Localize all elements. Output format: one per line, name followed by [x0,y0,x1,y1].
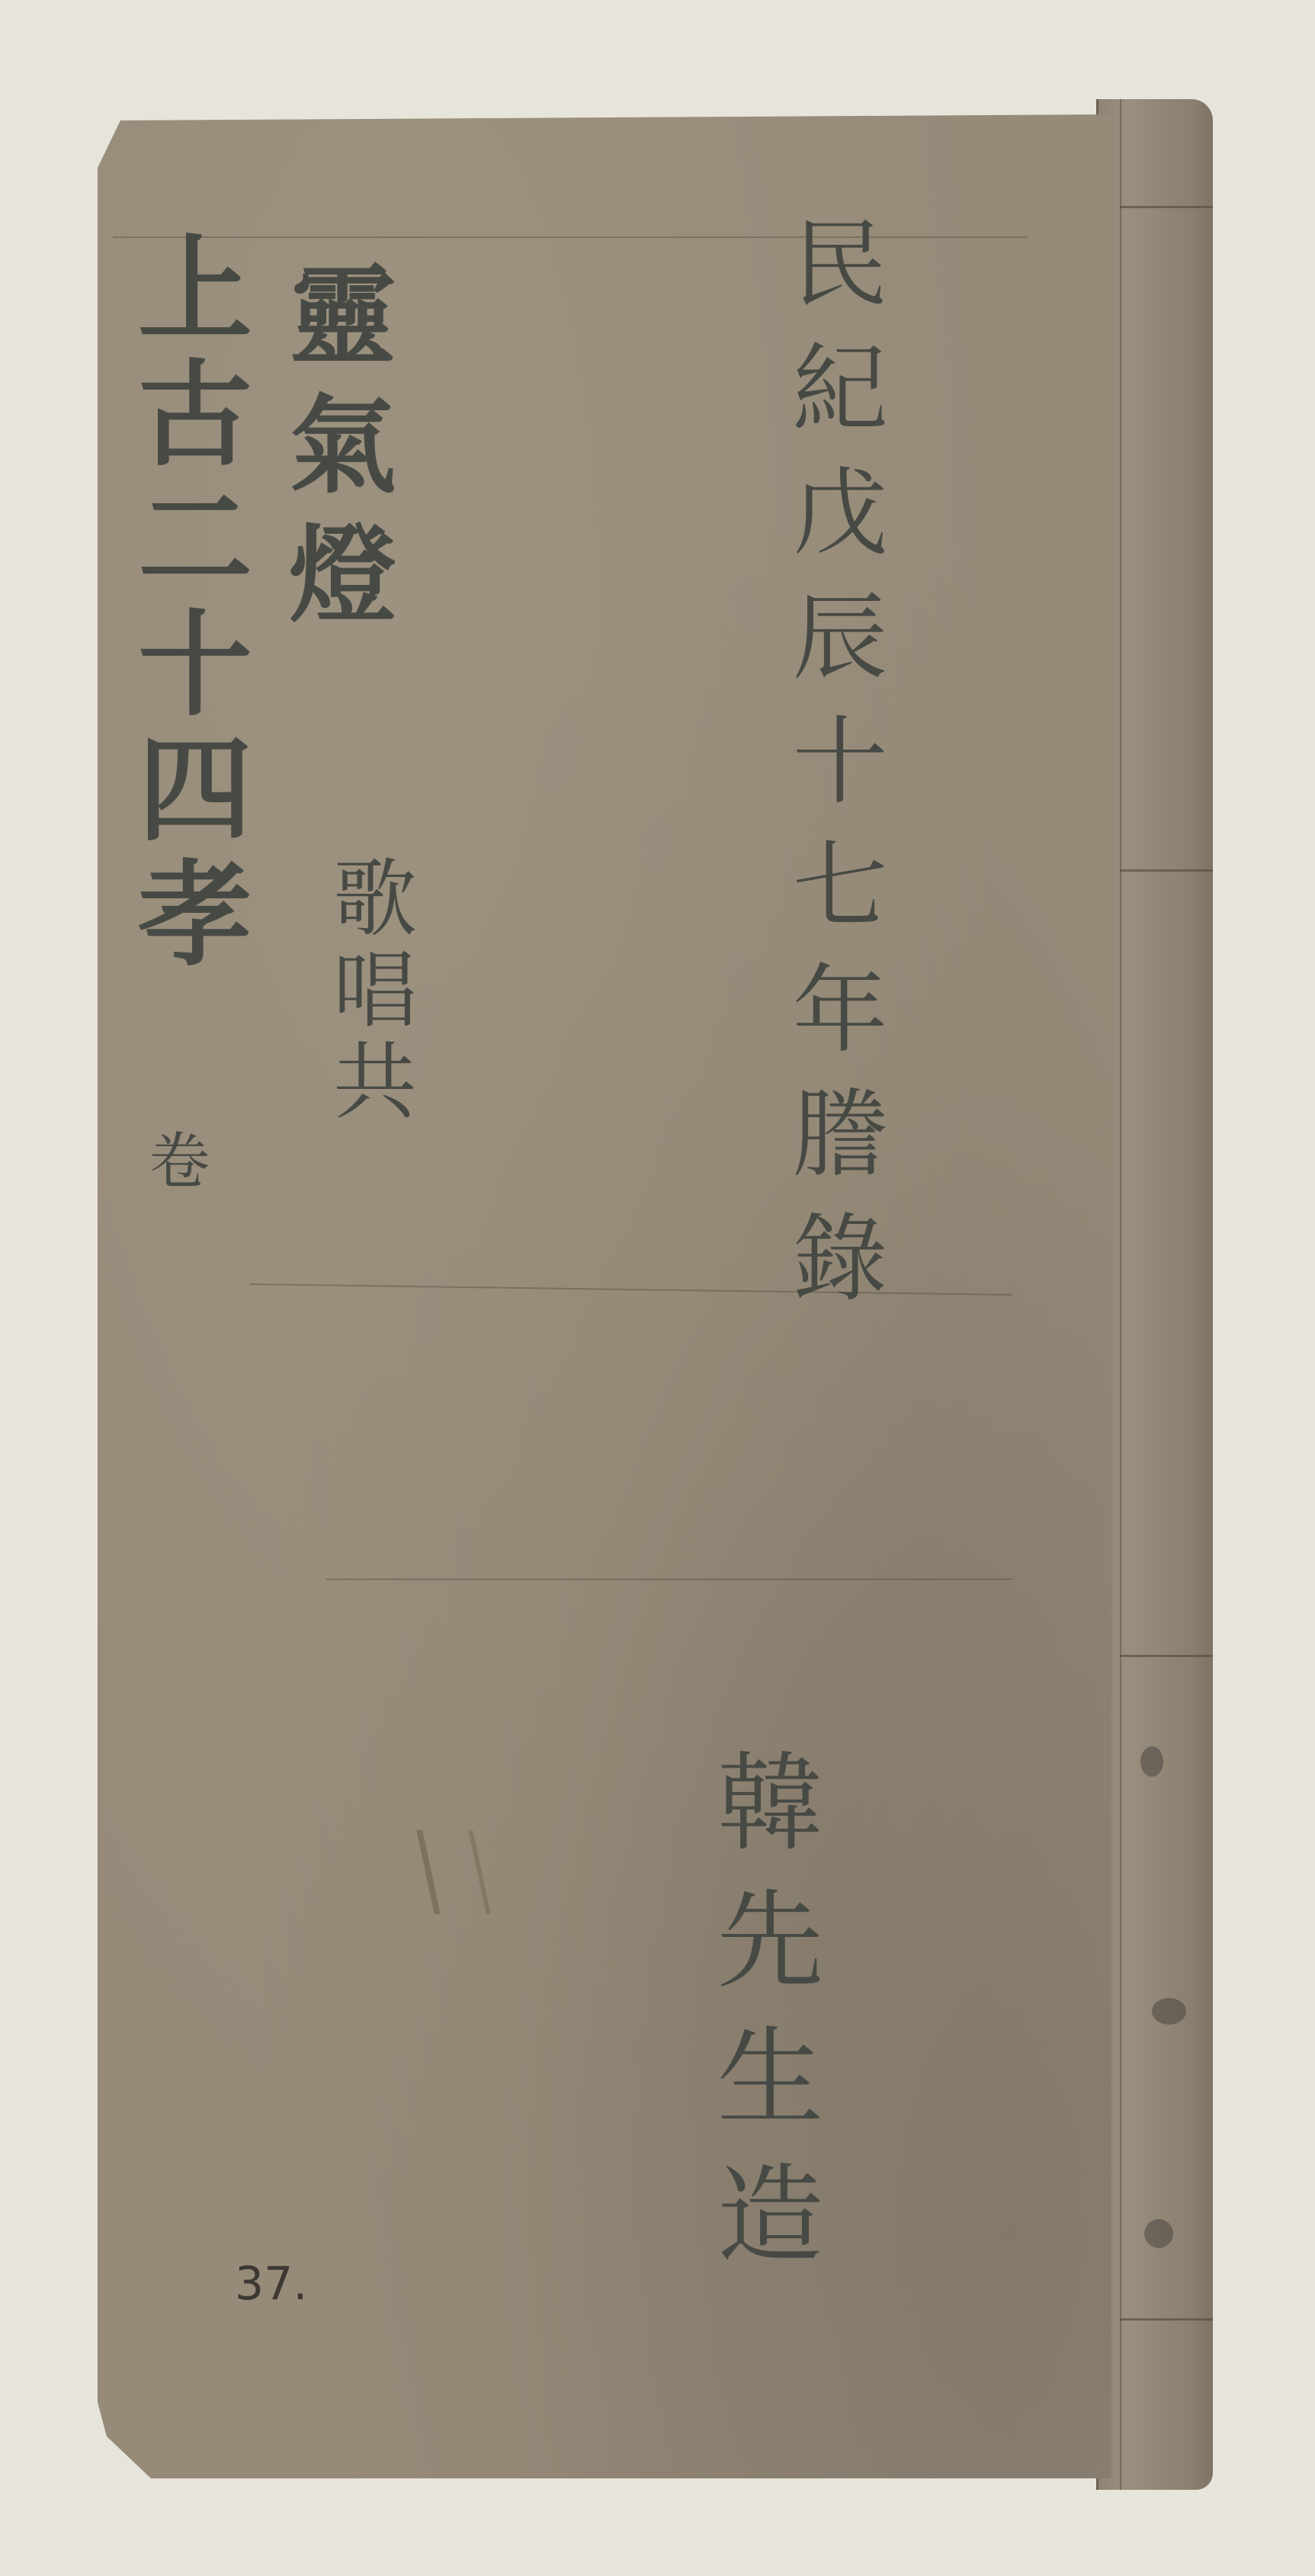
volume-unit: 卷 [143,1129,204,1190]
title-main: 上古二十四孝 [128,229,242,979]
binding-stitch [1120,206,1213,208]
book-spine-binding [1096,99,1213,2490]
paper-tear-mark [416,1830,490,1914]
catalog-number: 37. [235,2257,307,2311]
author-line: 韓先生造 [707,1746,814,2295]
paper-crease [250,1283,1012,1296]
stain [1144,2219,1173,2248]
stain [1152,1998,1186,2025]
binding-stitch [1120,1655,1213,1657]
book-cover: 上古二十四孝 靈氣燈 歌唱共 卷 民紀戊辰十七年謄錄 韓先生造 37. [98,114,1111,2478]
spine-fold-line [1120,99,1121,2490]
date-line: 民紀戊辰十七年謄錄 [784,214,879,1332]
binding-stitch [1120,2318,1213,2321]
stain [1140,1746,1163,1777]
paper-crease [326,1579,1012,1580]
volume-note: 歌唱共 [326,854,410,1129]
binding-stitch [1120,869,1213,872]
book: 上古二十四孝 靈氣燈 歌唱共 卷 民紀戊辰十七年謄錄 韓先生造 37. [98,114,1214,2478]
title-sub: 靈氣燈 [281,259,387,648]
